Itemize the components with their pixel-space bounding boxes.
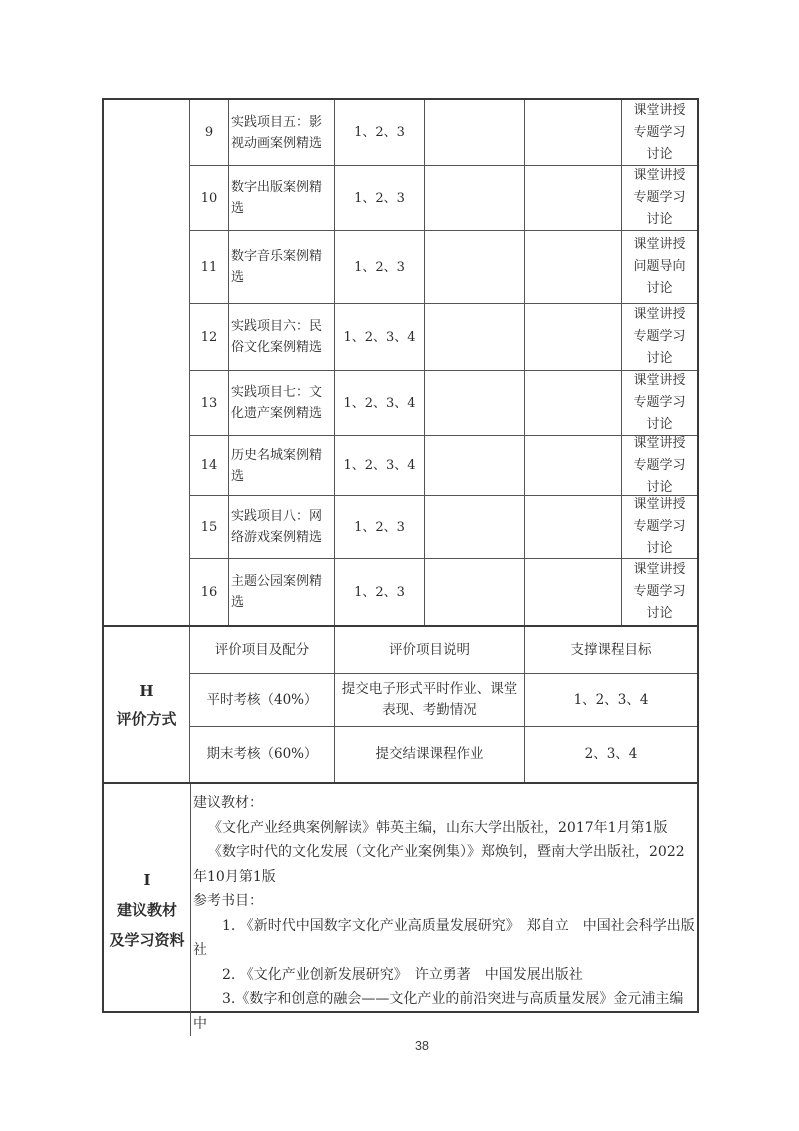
teaching-methods: 课堂讲授 专题学习 讨论 xyxy=(622,100,697,165)
method-line: 课堂讲授 xyxy=(633,234,685,256)
method-line: 专题学习 xyxy=(633,516,685,538)
empty-cell xyxy=(525,496,622,558)
teaching-methods: 课堂讲授 专题学习 讨论 xyxy=(622,304,697,370)
evaluation-section: H 评价方式 评价项目及配分 评价项目说明 支撑课程目标 平时考核（40%） 提… xyxy=(104,625,697,782)
evaluation-section-label: H 评价方式 xyxy=(104,627,190,782)
method-line: 专题学习 xyxy=(633,122,685,144)
document-page: 9 实践项目五：影视动画案例精选 1、2、3 课堂讲授 专题学习 讨论 10 数… xyxy=(0,0,799,1131)
method-line: 专题学习 xyxy=(633,581,685,603)
materials-paragraph: 建议教材： xyxy=(193,791,695,816)
table-row: 9 实践项目五：影视动画案例精选 1、2、3 课堂讲授 专题学习 讨论 xyxy=(190,100,697,166)
lesson-topic: 数字出版案例精选 xyxy=(229,166,335,230)
evaluation-targets: 1、2、3、4 xyxy=(525,674,697,726)
materials-paragraph: 《文化产业经典案例解读》韩英主编，山东大学出版社，2017年1月第1版 xyxy=(193,816,695,841)
empty-cell xyxy=(525,166,622,230)
empty-cell xyxy=(525,371,622,435)
empty-cell xyxy=(525,231,622,303)
table-row: 13 实践项目七：文化遗产案例精选 1、2、3、4 课堂讲授 专题学习 讨论 xyxy=(190,371,697,436)
lesson-objectives: 1、2、3 xyxy=(335,559,425,625)
empty-cell xyxy=(425,371,525,435)
table-row: 10 数字出版案例精选 1、2、3 课堂讲授 专题学习 讨论 xyxy=(190,166,697,231)
lesson-number: 15 xyxy=(190,496,229,558)
teaching-methods: 课堂讲授 问题导向 讨论 xyxy=(622,231,697,303)
method-line: 讨论 xyxy=(646,144,672,166)
evaluation-header-row: 评价项目及配分 评价项目说明 支撑课程目标 xyxy=(190,627,697,674)
evaluation-item: 平时考核（40%） xyxy=(190,674,335,726)
course-outline-table: 9 实践项目五：影视动画案例精选 1、2、3 课堂讲授 专题学习 讨论 10 数… xyxy=(102,98,699,1013)
lesson-number: 9 xyxy=(190,100,229,165)
lesson-objectives: 1、2、3、4 xyxy=(335,371,425,435)
materials-content: 建议教材： 《文化产业经典案例解读》韩英主编，山东大学出版社，2017年1月第1… xyxy=(191,784,697,1036)
materials-paragraph: 2. 《文化产业创新发展研究》 许立勇著 中国发展出版社 xyxy=(193,963,695,988)
lesson-objectives: 1、2、3 xyxy=(335,231,425,303)
table-row: 11 数字音乐案例精选 1、2、3 课堂讲授 问题导向 讨论 xyxy=(190,231,697,304)
materials-paragraph: 1. 《新时代中国数字文化产业高质量发展研究》 郑自立 中国社会科学出版社 xyxy=(193,914,695,963)
materials-section-label: I 建议教材 及学习资料 xyxy=(104,784,191,1036)
table-row: 期末考核（60%） 提交结课课程作业 2、3、4 xyxy=(190,727,697,782)
column-header: 支撑课程目标 xyxy=(525,627,697,673)
lesson-objectives: 1、2、3、4 xyxy=(335,304,425,370)
table-row: 12 实践项目六：民俗文化案例精选 1、2、3、4 课堂讲授 专题学习 讨论 xyxy=(190,304,697,371)
lesson-topic: 实践项目六：民俗文化案例精选 xyxy=(229,304,335,370)
method-line: 讨论 xyxy=(646,278,672,300)
evaluation-description: 提交电子形式平时作业、课堂表现、考勤情况 xyxy=(335,674,525,726)
method-line: 讨论 xyxy=(646,414,672,435)
empty-cell xyxy=(425,304,525,370)
empty-cell xyxy=(425,559,525,625)
method-line: 课堂讲授 xyxy=(633,100,685,122)
lesson-objectives: 1、2、3 xyxy=(335,496,425,558)
materials-paragraph: 3.《数字和创意的融会——文化产业的前沿突进与高质量发展》金元浦主编 中 xyxy=(193,987,695,1036)
method-line: 专题学习 xyxy=(633,326,685,348)
method-line: 课堂讲授 xyxy=(633,371,685,392)
evaluation-description: 提交结课课程作业 xyxy=(335,727,525,782)
materials-paragraph: 《数字时代的文化发展（文化产业案例集）》郑焕钊，暨南大学出版社，2022年10月… xyxy=(193,840,695,889)
method-line: 专题学习 xyxy=(633,392,685,414)
table-row: 平时考核（40%） 提交电子形式平时作业、课堂表现、考勤情况 1、2、3、4 xyxy=(190,674,697,727)
section-letter: I xyxy=(143,865,150,895)
teaching-methods: 课堂讲授 专题学习 讨论 xyxy=(622,559,697,625)
table-row: 15 实践项目八：网络游戏案例精选 1、2、3 课堂讲授 专题学习 讨论 xyxy=(190,496,697,559)
empty-cell xyxy=(425,166,525,230)
lesson-objectives: 1、2、3、4 xyxy=(335,436,425,495)
column-header: 评价项目及配分 xyxy=(190,627,335,673)
lesson-number: 13 xyxy=(190,371,229,435)
teaching-methods: 课堂讲授 专题学习 讨论 xyxy=(622,436,697,495)
materials-paragraph: 参考书目： xyxy=(193,889,695,914)
lesson-topic: 主题公园案例精选 xyxy=(229,559,335,625)
lesson-number: 16 xyxy=(190,559,229,625)
section-title: 评价方式 xyxy=(116,705,176,733)
page-number: 38 xyxy=(402,1039,442,1053)
teaching-methods: 课堂讲授 专题学习 讨论 xyxy=(622,166,697,230)
evaluation-targets: 2、3、4 xyxy=(525,727,697,782)
lesson-topic: 实践项目五：影视动画案例精选 xyxy=(229,100,335,165)
lesson-number: 10 xyxy=(190,166,229,230)
table-row: 14 历史名城案例精选 1、2、3、4 课堂讲授 专题学习 讨论 xyxy=(190,436,697,496)
evaluation-rows: 评价项目及配分 评价项目说明 支撑课程目标 平时考核（40%） 提交电子形式平时… xyxy=(190,627,697,782)
method-line: 课堂讲授 xyxy=(633,436,685,455)
materials-section: I 建议教材 及学习资料 建议教材： 《文化产业经典案例解读》韩英主编，山东大学… xyxy=(104,782,697,1036)
lesson-topic: 数字音乐案例精选 xyxy=(229,231,335,303)
empty-cell xyxy=(525,436,622,495)
lesson-number: 12 xyxy=(190,304,229,370)
section-title: 及学习资料 xyxy=(109,925,184,955)
table-row: 16 主题公园案例精选 1、2、3 课堂讲授 专题学习 讨论 xyxy=(190,559,697,625)
lesson-topic: 历史名城案例精选 xyxy=(229,436,335,495)
method-line: 课堂讲授 xyxy=(633,559,685,581)
empty-cell xyxy=(525,559,622,625)
method-line: 课堂讲授 xyxy=(633,496,685,516)
method-line: 课堂讲授 xyxy=(633,166,685,187)
method-line: 专题学习 xyxy=(633,455,685,477)
lesson-number: 11 xyxy=(190,231,229,303)
empty-cell xyxy=(425,496,525,558)
evaluation-item: 期末考核（60%） xyxy=(190,727,335,782)
method-line: 讨论 xyxy=(646,209,672,230)
empty-cell xyxy=(425,100,525,165)
lesson-topic: 实践项目八：网络游戏案例精选 xyxy=(229,496,335,558)
method-line: 讨论 xyxy=(646,603,672,625)
schedule-left-empty-cell xyxy=(104,100,190,625)
method-line: 讨论 xyxy=(646,538,672,558)
method-line: 问题导向 xyxy=(633,256,685,278)
method-line: 专题学习 xyxy=(633,187,685,209)
method-line: 课堂讲授 xyxy=(633,304,685,326)
method-line: 讨论 xyxy=(646,477,672,496)
empty-cell xyxy=(525,304,622,370)
empty-cell xyxy=(425,436,525,495)
section-letter: H xyxy=(139,677,153,705)
schedule-rows: 9 实践项目五：影视动画案例精选 1、2、3 课堂讲授 专题学习 讨论 10 数… xyxy=(190,100,697,625)
column-header: 评价项目说明 xyxy=(335,627,525,673)
lesson-objectives: 1、2、3 xyxy=(335,166,425,230)
method-line: 讨论 xyxy=(646,348,672,370)
teaching-methods: 课堂讲授 专题学习 讨论 xyxy=(622,496,697,558)
empty-cell xyxy=(425,231,525,303)
empty-cell xyxy=(525,100,622,165)
teaching-methods: 课堂讲授 专题学习 讨论 xyxy=(622,371,697,435)
section-title: 建议教材 xyxy=(117,895,177,925)
lesson-objectives: 1、2、3 xyxy=(335,100,425,165)
lesson-number: 14 xyxy=(190,436,229,495)
lesson-topic: 实践项目七：文化遗产案例精选 xyxy=(229,371,335,435)
schedule-section: 9 实践项目五：影视动画案例精选 1、2、3 课堂讲授 专题学习 讨论 10 数… xyxy=(104,100,697,625)
